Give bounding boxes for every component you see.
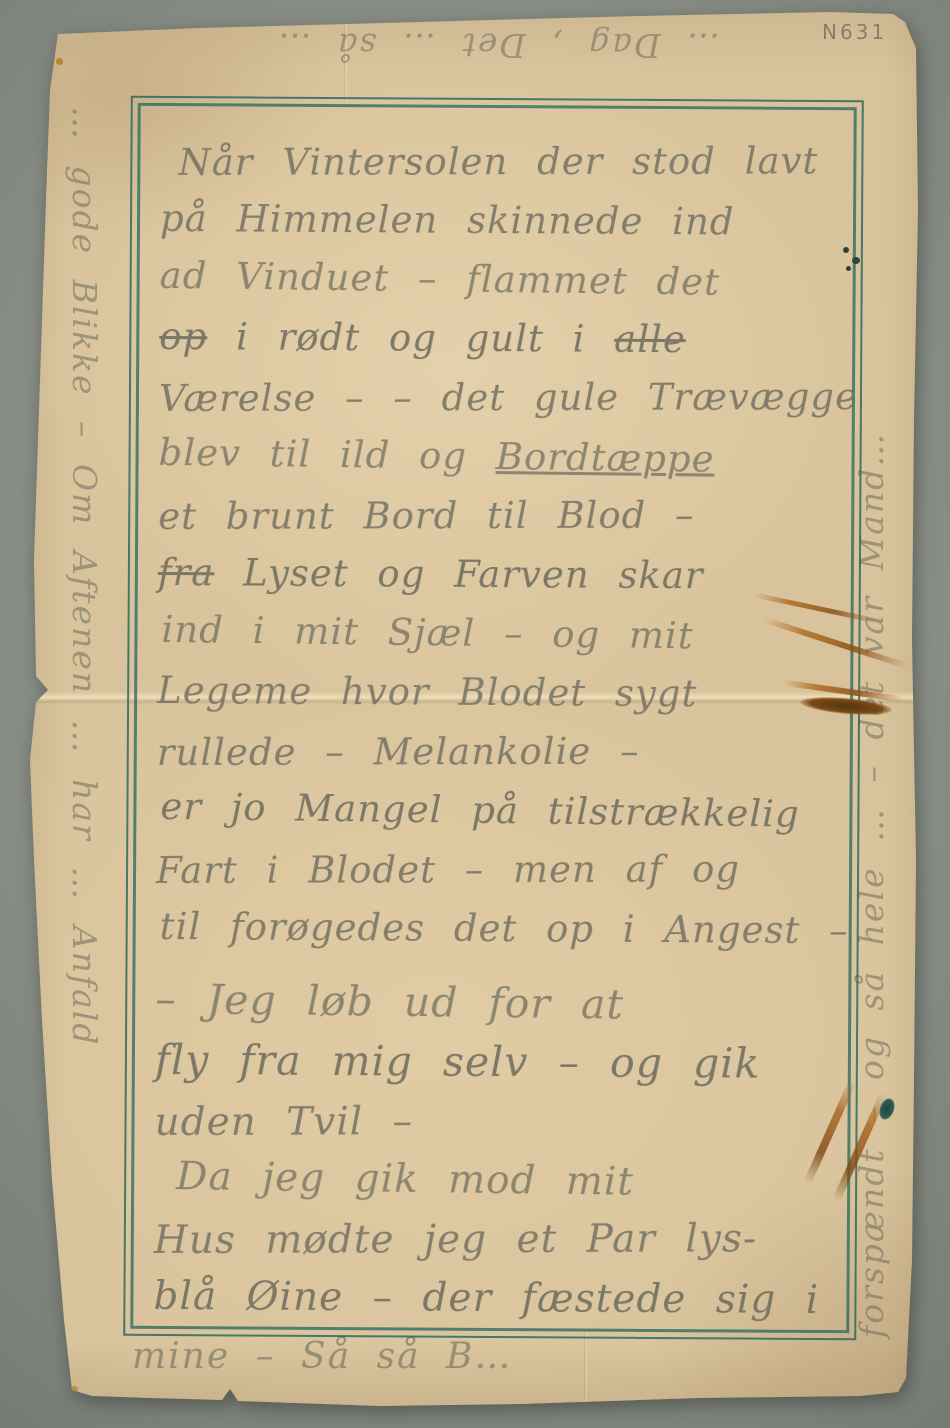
manuscript-text-block: Når Vintersolen der stod lavtpå Himmelen…: [133, 106, 853, 1330]
manuscript-words: Da jeg gik mod mit: [176, 1154, 634, 1205]
manuscript-words: Hus mødte jeg et Par lys-: [154, 1216, 757, 1263]
manuscript-line: er jo Mangel på tilstrækkelig: [160, 777, 844, 844]
manuscript-words: på Himmelen skinnede ind: [160, 197, 735, 244]
manuscript-line: til forøgedes det op i Angest –: [160, 897, 843, 960]
struck-word: fra: [158, 551, 215, 594]
manuscript-words: – Jeg løb ud for at: [155, 975, 624, 1029]
manuscript-words: et brunt Bord til Blod –: [158, 494, 694, 538]
catalog-number: N631: [822, 20, 887, 44]
manuscript-words: Lyset og Farven skar: [214, 551, 704, 597]
manuscript-words: i rødt og gult i: [207, 315, 614, 360]
ink-spot: [846, 266, 851, 271]
manuscript-line: Værelse – – det gule Trævægge: [159, 367, 846, 428]
struck-word: op: [159, 315, 207, 358]
manuscript-line: Hus mødte jeg et Par lys-: [154, 1209, 841, 1270]
scan-background: N631 … Dag , Det … så … … gode Blikke – …: [0, 0, 950, 1428]
ochre-dot: [70, 1386, 78, 1393]
manuscript-words: rullede – Melankolie –: [157, 730, 640, 774]
manuscript-words: Når Vintersolen der stod lavt: [178, 139, 818, 184]
manuscript-words: Værelse – – det gule Trævægge: [159, 375, 854, 420]
marginal-note-left-vertical: … gode Blikke – Om Aftenen … har … Anfal…: [65, 106, 104, 1336]
manuscript-line: blå Øine – der fæstede sig i: [153, 1267, 840, 1330]
manuscript-line: op i rødt og gult i alle: [159, 307, 846, 370]
marginal-note-top-upside-down: … Dag , Det … så …: [80, 26, 720, 65]
manuscript-line: Fart i Blodet – men af og: [156, 839, 843, 900]
manuscript-line: fly fra mig selv – og gik: [155, 1031, 842, 1094]
manuscript-line: et brunt Bord til Blod –: [158, 485, 845, 546]
manuscript-line: ad Vinduet – flammet det: [159, 246, 847, 313]
manuscript-line: Når Vintersolen der stod lavt: [178, 131, 847, 192]
ink-spot: [852, 257, 860, 264]
manuscript-line: Legeme hvor Blodet sygt: [157, 661, 844, 724]
manuscript-line: rullede – Melankolie –: [157, 721, 844, 782]
printed-border-frame: Når Vintersolen der stod lavtpå Himmelen…: [123, 96, 864, 1340]
ochre-dot: [56, 58, 63, 65]
marginal-note-below-frame: mine – Så så B…: [132, 1336, 852, 1377]
manuscript-words: blev til ild og: [158, 431, 496, 478]
manuscript-line: på Himmelen skinnede ind: [160, 189, 847, 252]
manuscript-words: til forøgedes det op i Angest –: [160, 905, 849, 952]
manuscript-line: fra Lyset og Farven skar: [158, 543, 845, 606]
manuscript-line: uden Tvil –: [154, 1091, 841, 1152]
manuscript-words: ad Vinduet – flammet det: [159, 254, 720, 304]
manuscript-words: Legeme hvor Blodet sygt: [157, 669, 697, 715]
printed-border-frame-inner: Når Vintersolen der stod lavtpå Himmelen…: [130, 103, 856, 1333]
underlined-word: Bordtæppe: [496, 435, 715, 481]
manuscript-line: blev til ild og Bordtæppe: [158, 423, 846, 490]
manuscript-words: fly fra mig selv – og gik: [155, 1036, 761, 1088]
paper-shadow-wrap: N631 … Dag , Det … så … … gode Blikke – …: [0, 0, 950, 1428]
manuscript-line: – Jeg løb ud for at: [155, 970, 843, 1037]
ink-spot: [843, 247, 849, 253]
manuscript-line: Da jeg gik mod mit: [176, 1147, 842, 1214]
manuscript-line: ind i mit Sjæl – og mit: [161, 600, 845, 667]
manuscript-words: uden Tvil –: [154, 1099, 413, 1145]
manuscript-words: ind i mit Sjæl – og mit: [161, 608, 694, 657]
manuscript-words: Fart i Blodet – men af og: [156, 847, 740, 892]
manuscript-words: er jo Mangel på tilstrækkelig: [160, 785, 800, 836]
manuscript-page: N631 … Dag , Det … så … … gode Blikke – …: [0, 0, 950, 1428]
struck-word: alle: [614, 318, 686, 361]
manuscript-words: blå Øine – der fæstede sig i: [153, 1274, 819, 1323]
